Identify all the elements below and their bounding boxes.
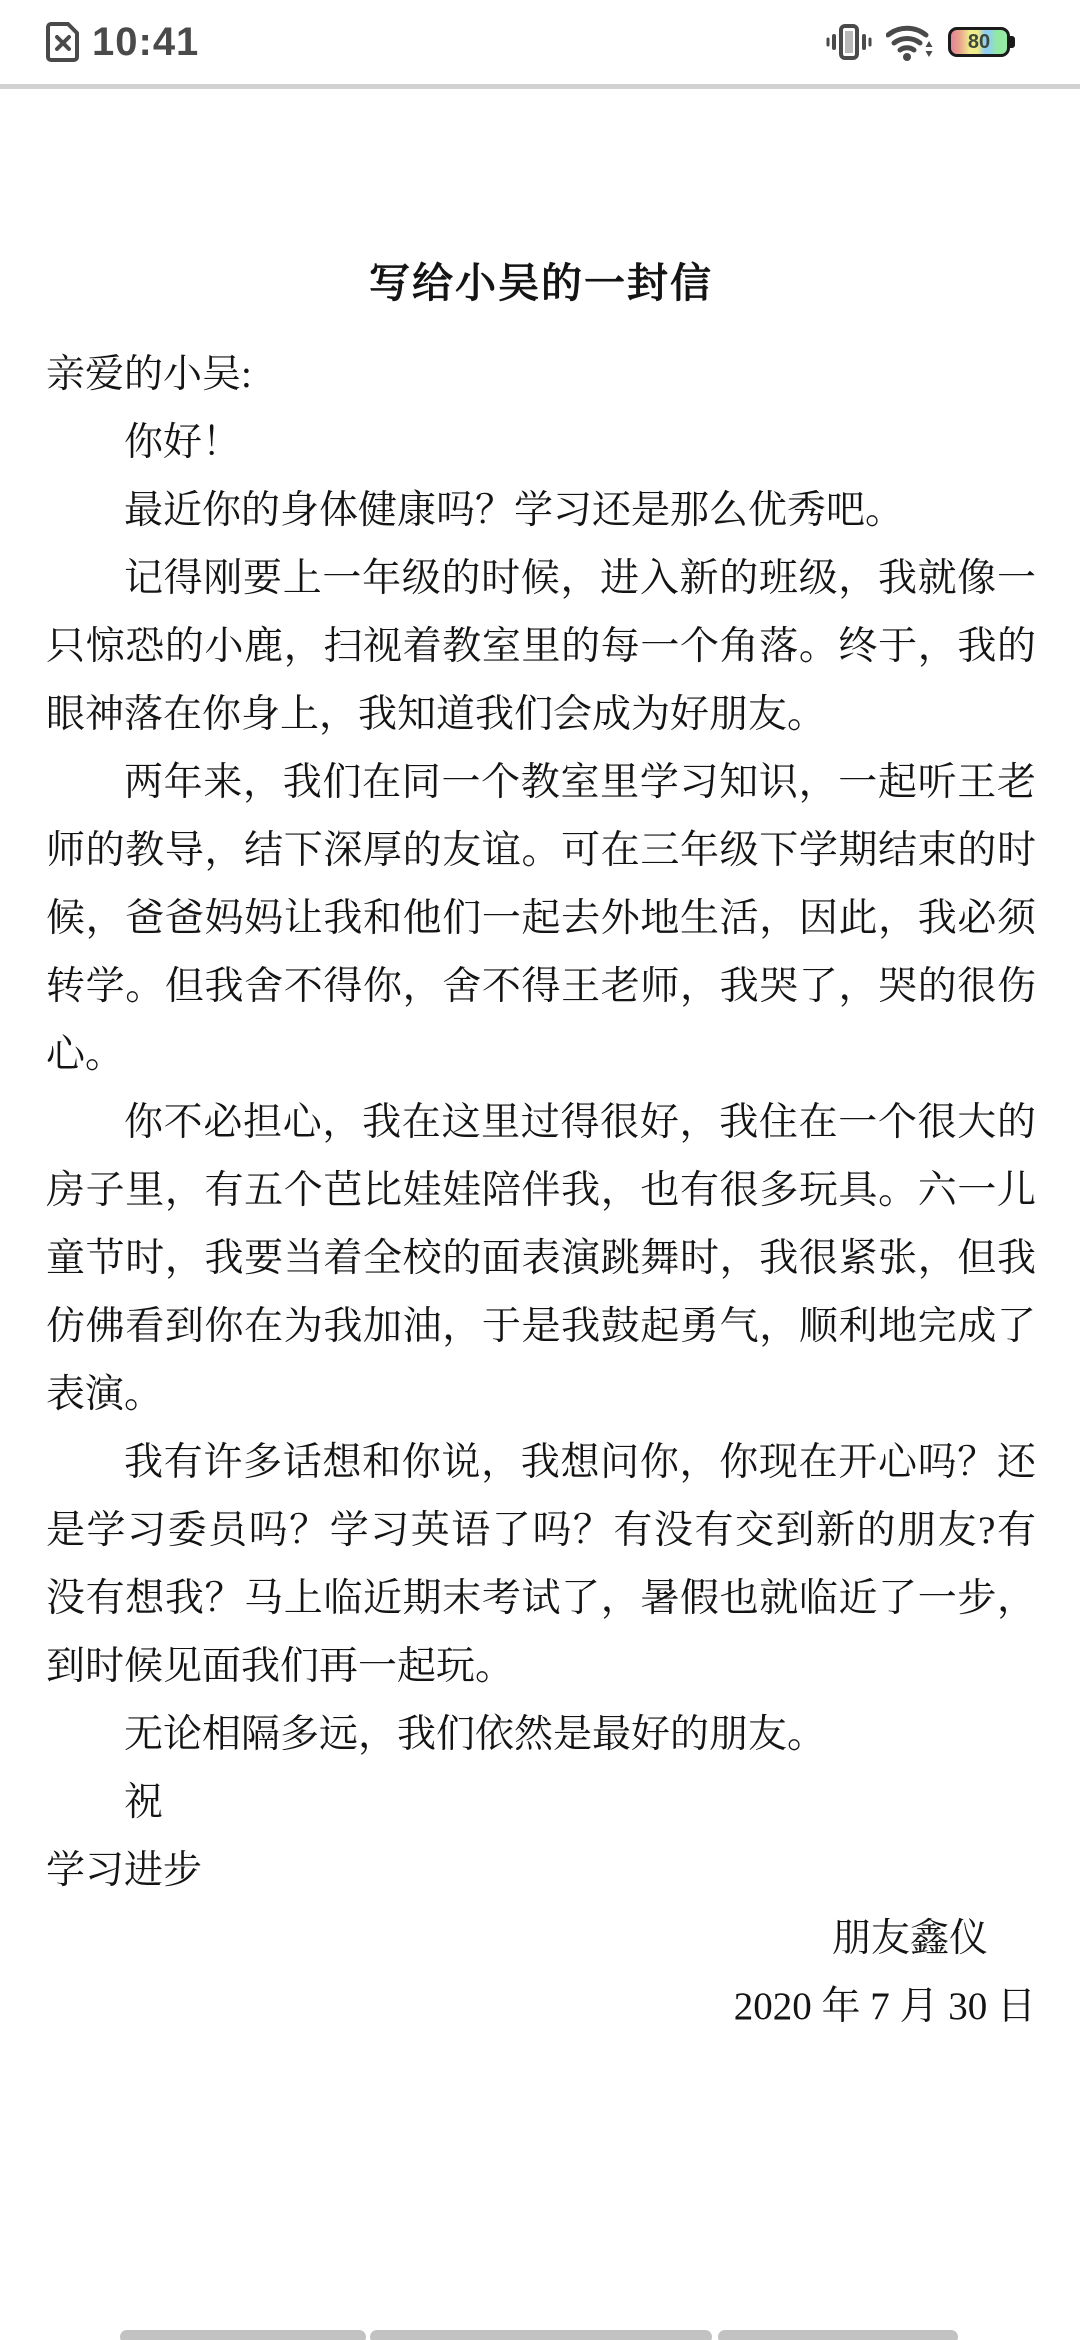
battery-percent: 80	[968, 32, 990, 52]
letter-body: 亲爱的小吴: 你好！ 最近你的身体健康吗？学习还是那么优秀吧。 记得刚要上一年级…	[46, 341, 1036, 2041]
letter-closing: 学习进步	[46, 1837, 1036, 1905]
phone-screen: 10:41 80 写	[0, 0, 1080, 2340]
wifi-icon	[886, 23, 934, 61]
clock-time: 10:41	[92, 22, 199, 62]
letter-paragraph: 最近你的身体健康吗？学习还是那么优秀吧。	[46, 477, 1036, 545]
letter-date: 2020 年 7 月 30 日	[46, 1973, 1036, 2041]
status-bar-right: 80	[826, 22, 1010, 62]
status-bar: 10:41 80	[0, 0, 1080, 84]
bottom-bar-segment[interactable]	[370, 2330, 712, 2340]
letter-document[interactable]: 写给小吴的一封信 亲爱的小吴: 你好！ 最近你的身体健康吗？学习还是那么优秀吧。…	[46, 89, 1036, 2041]
letter-paragraph: 你不必担心，我在这里过得很好，我住在一个很大的房子里，有五个芭比娃娃陪伴我，也有…	[46, 1089, 1036, 1429]
letter-paragraph: 记得刚要上一年级的时候，进入新的班级，我就像一只惊恐的小鹿，扫视着教室里的每一个…	[46, 545, 1036, 749]
bottom-bar-segment[interactable]	[120, 2330, 366, 2340]
letter-paragraph: 祝	[46, 1769, 1036, 1837]
letter-title: 写给小吴的一封信	[46, 261, 1036, 305]
letter-paragraph: 无论相隔多远，我们依然是最好的朋友。	[46, 1701, 1036, 1769]
letter-salutation: 亲爱的小吴:	[46, 341, 1036, 409]
letter-signature: 朋友鑫仪	[46, 1905, 1036, 1973]
battery-icon: 80	[948, 27, 1010, 57]
vibrate-icon	[826, 22, 872, 62]
letter-paragraph: 你好！	[46, 409, 1036, 477]
no-sim-icon	[46, 21, 80, 63]
letter-paragraph: 我有许多话想和你说，我想问你，你现在开心吗？还是学习委员吗？学习英语了吗？有没有…	[46, 1429, 1036, 1701]
bottom-bar-segment[interactable]	[718, 2330, 958, 2340]
status-bar-left: 10:41	[46, 21, 199, 63]
letter-paragraph: 两年来，我们在同一个教室里学习知识，一起听王老师的教导，结下深厚的友谊。可在三年…	[46, 749, 1036, 1089]
